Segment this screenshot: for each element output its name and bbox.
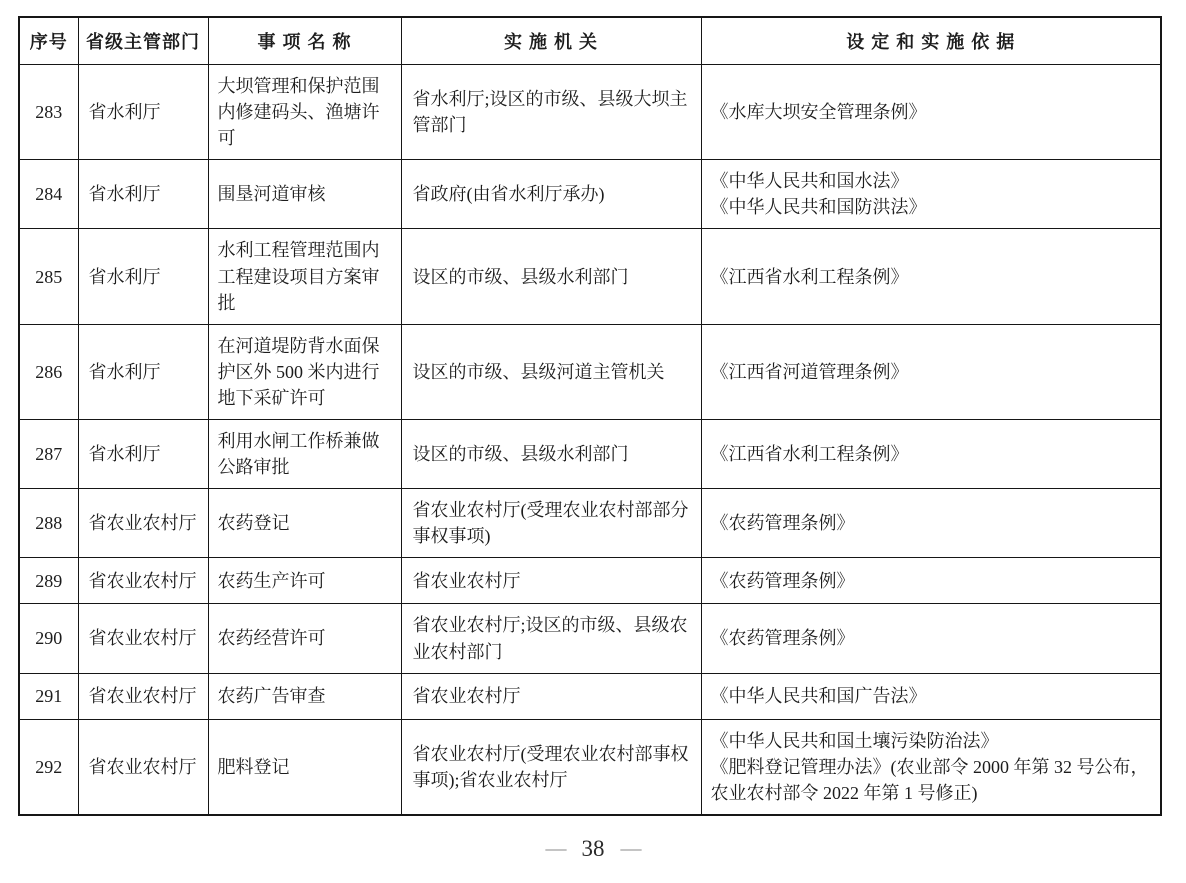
cell-basis: 《农药管理条例》 bbox=[701, 558, 1161, 604]
cell-agency: 省农业农村厅(受理农业农村部事权事项);省农业农村厅 bbox=[401, 719, 701, 815]
cell-serial: 284 bbox=[19, 160, 78, 229]
cell-item-name: 水利工程管理范围内工程建设项目方案审批 bbox=[208, 229, 401, 324]
cell-department: 省水利厅 bbox=[78, 229, 208, 324]
cell-serial: 288 bbox=[19, 489, 78, 558]
cell-item-name: 在河道堤防背水面保护区外 500 米内进行地下采矿许可 bbox=[208, 324, 401, 419]
page-footer: — 38 — bbox=[0, 836, 1186, 862]
cell-agency: 设区的市级、县级水利部门 bbox=[401, 229, 701, 324]
cell-basis: 《中华人民共和国水法》 《中华人民共和国防洪法》 bbox=[701, 160, 1161, 229]
cell-agency: 设区的市级、县级河道主管机关 bbox=[401, 324, 701, 419]
cell-basis: 《农药管理条例》 bbox=[701, 489, 1161, 558]
cell-serial: 292 bbox=[19, 719, 78, 815]
table-body: 283省水利厅大坝管理和保护范围内修建码头、渔塘许可省水利厅;设区的市级、县级大… bbox=[19, 65, 1161, 815]
cell-basis: 《江西省水利工程条例》 bbox=[701, 229, 1161, 324]
cell-basis: 《江西省水利工程条例》 bbox=[701, 420, 1161, 489]
cell-item-name: 农药广告审查 bbox=[208, 673, 401, 719]
cell-department: 省农业农村厅 bbox=[78, 558, 208, 604]
cell-department: 省农业农村厅 bbox=[78, 719, 208, 815]
cell-department: 省农业农村厅 bbox=[78, 673, 208, 719]
cell-item-name: 农药生产许可 bbox=[208, 558, 401, 604]
cell-agency: 省农业农村厅 bbox=[401, 673, 701, 719]
cell-department: 省水利厅 bbox=[78, 160, 208, 229]
page-number: 38 bbox=[582, 836, 605, 862]
permit-items-table: 序号 省级主管部门 事 项 名 称 实 施 机 关 设 定 和 实 施 依 据 … bbox=[18, 16, 1162, 816]
cell-serial: 290 bbox=[19, 604, 78, 673]
cell-agency: 省政府(由省水利厅承办) bbox=[401, 160, 701, 229]
table-row: 292省农业农村厅肥料登记省农业农村厅(受理农业农村部事权事项);省农业农村厅《… bbox=[19, 719, 1161, 815]
cell-serial: 286 bbox=[19, 324, 78, 419]
cell-item-name: 肥料登记 bbox=[208, 719, 401, 815]
footer-dash-right: — bbox=[621, 836, 641, 861]
header-agency: 实 施 机 关 bbox=[401, 17, 701, 65]
cell-agency: 设区的市级、县级水利部门 bbox=[401, 420, 701, 489]
cell-agency: 省农业农村厅;设区的市级、县级农业农村部门 bbox=[401, 604, 701, 673]
cell-item-name: 围垦河道审核 bbox=[208, 160, 401, 229]
cell-basis: 《中华人民共和国土壤污染防治法》 《肥料登记管理办法》(农业部令 2000 年第… bbox=[701, 719, 1161, 815]
cell-item-name: 农药登记 bbox=[208, 489, 401, 558]
table-row: 286省水利厅在河道堤防背水面保护区外 500 米内进行地下采矿许可设区的市级、… bbox=[19, 324, 1161, 419]
cell-item-name: 大坝管理和保护范围内修建码头、渔塘许可 bbox=[208, 65, 401, 160]
table-row: 291省农业农村厅农药广告审查省农业农村厅《中华人民共和国广告法》 bbox=[19, 673, 1161, 719]
table-row: 287省水利厅利用水闸工作桥兼做公路审批设区的市级、县级水利部门《江西省水利工程… bbox=[19, 420, 1161, 489]
cell-department: 省农业农村厅 bbox=[78, 489, 208, 558]
header-serial: 序号 bbox=[19, 17, 78, 65]
cell-basis: 《农药管理条例》 bbox=[701, 604, 1161, 673]
cell-department: 省水利厅 bbox=[78, 65, 208, 160]
cell-department: 省农业农村厅 bbox=[78, 604, 208, 673]
cell-item-name: 利用水闸工作桥兼做公路审批 bbox=[208, 420, 401, 489]
cell-agency: 省农业农村厅 bbox=[401, 558, 701, 604]
cell-item-name: 农药经营许可 bbox=[208, 604, 401, 673]
header-row: 序号 省级主管部门 事 项 名 称 实 施 机 关 设 定 和 实 施 依 据 bbox=[19, 17, 1161, 65]
table-row: 285省水利厅水利工程管理范围内工程建设项目方案审批设区的市级、县级水利部门《江… bbox=[19, 229, 1161, 324]
cell-agency: 省水利厅;设区的市级、县级大坝主管部门 bbox=[401, 65, 701, 160]
footer-dash-left: — bbox=[546, 836, 566, 861]
table-row: 290省农业农村厅农药经营许可省农业农村厅;设区的市级、县级农业农村部门《农药管… bbox=[19, 604, 1161, 673]
table-row: 284省水利厅围垦河道审核省政府(由省水利厅承办)《中华人民共和国水法》 《中华… bbox=[19, 160, 1161, 229]
table-row: 288省农业农村厅农药登记省农业农村厅(受理农业农村部部分事权事项)《农药管理条… bbox=[19, 489, 1161, 558]
cell-basis: 《江西省河道管理条例》 bbox=[701, 324, 1161, 419]
cell-agency: 省农业农村厅(受理农业农村部部分事权事项) bbox=[401, 489, 701, 558]
header-item-name: 事 项 名 称 bbox=[208, 17, 401, 65]
cell-serial: 287 bbox=[19, 420, 78, 489]
table-row: 289省农业农村厅农药生产许可省农业农村厅《农药管理条例》 bbox=[19, 558, 1161, 604]
cell-serial: 283 bbox=[19, 65, 78, 160]
header-basis: 设 定 和 实 施 依 据 bbox=[701, 17, 1161, 65]
cell-department: 省水利厅 bbox=[78, 324, 208, 419]
table-row: 283省水利厅大坝管理和保护范围内修建码头、渔塘许可省水利厅;设区的市级、县级大… bbox=[19, 65, 1161, 160]
document-page: 序号 省级主管部门 事 项 名 称 实 施 机 关 设 定 和 实 施 依 据 … bbox=[0, 0, 1186, 883]
cell-department: 省水利厅 bbox=[78, 420, 208, 489]
cell-serial: 289 bbox=[19, 558, 78, 604]
cell-basis: 《中华人民共和国广告法》 bbox=[701, 673, 1161, 719]
cell-serial: 291 bbox=[19, 673, 78, 719]
cell-serial: 285 bbox=[19, 229, 78, 324]
cell-basis: 《水库大坝安全管理条例》 bbox=[701, 65, 1161, 160]
header-department: 省级主管部门 bbox=[78, 17, 208, 65]
